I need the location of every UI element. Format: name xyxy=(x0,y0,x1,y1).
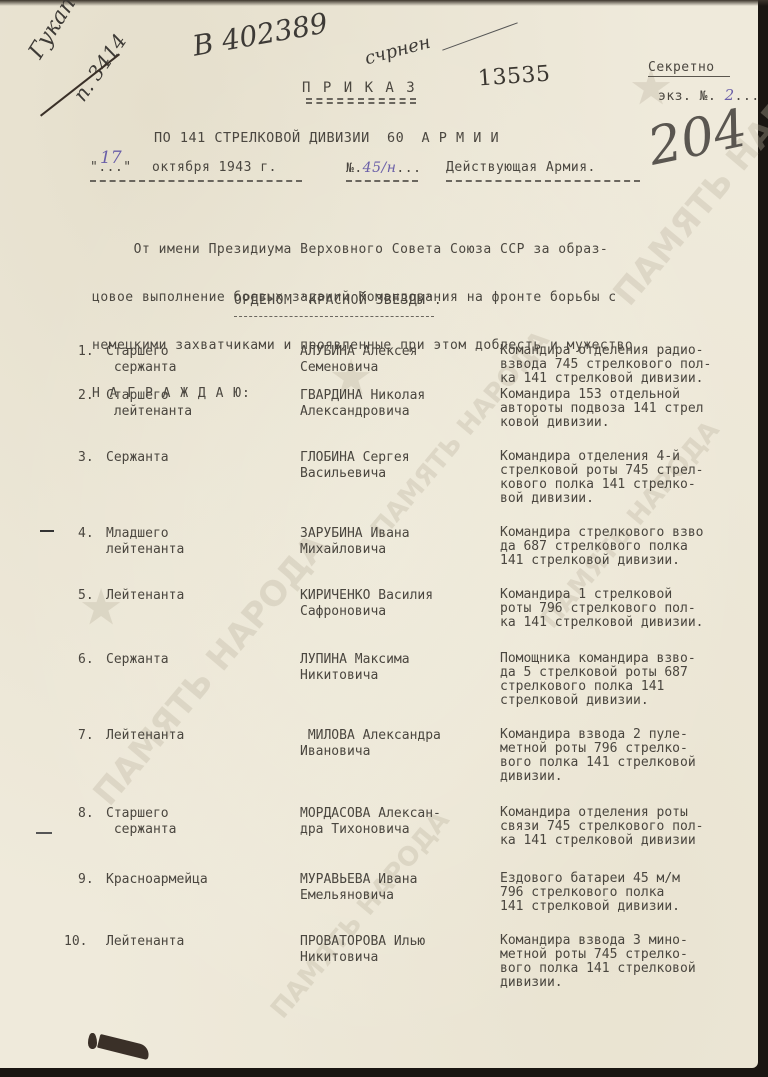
margin-mark xyxy=(40,530,54,532)
recipient-name: ГЛОБИНА Сергея Васильевича xyxy=(300,450,410,482)
signature: счрнен xyxy=(362,32,432,70)
recipient-rank: Сержанта xyxy=(106,450,169,466)
strike-line xyxy=(40,53,120,116)
classification-label: Секретно xyxy=(648,60,715,75)
recipient-rank: Старшего сержанта xyxy=(106,344,176,376)
location: Действующая Армия. xyxy=(446,160,596,175)
recipient-name: ГВАРДИНА Николая Александровича xyxy=(300,388,425,420)
recipient-name: МОРДАСОВА Алексан- дра Тихоновича xyxy=(300,806,441,838)
handwritten-note: Гукап xyxy=(24,0,81,63)
date-quotes: "..." xyxy=(90,160,132,175)
stamp-number: 13535 xyxy=(477,62,551,92)
number-suffix: ... xyxy=(396,161,421,176)
recipient-rank: Старшего сержанта xyxy=(106,806,176,838)
number-prefix: №. xyxy=(346,161,363,176)
recipient-position: Командира отделения 4-й стрелковой роты … xyxy=(500,450,768,506)
copy-suffix: ... xyxy=(735,89,760,104)
recipient-number: 2. xyxy=(78,388,94,403)
recipient-position: Командира 1 стрелковой роты 796 стрелков… xyxy=(500,588,768,630)
recipient-rank: Младшего лейтенанта xyxy=(106,526,184,558)
recipient-number: 3. xyxy=(78,450,94,465)
recipient-row: 6. Сержанта ЛУПИНА Максима Никитовича По… xyxy=(78,652,768,732)
classification-underline xyxy=(648,76,730,77)
recipient-rank: Лейтенанта xyxy=(106,588,184,604)
recipient-number: 4. xyxy=(78,526,94,541)
copy-label: экз. №. 2... xyxy=(658,86,760,104)
recipient-rank: Лейтенанта xyxy=(106,728,184,744)
recipient-row: 3. Сержанта ГЛОБИНА Сергея Васильевича К… xyxy=(78,450,768,530)
award-title: ОРДЕНОМ "КРАСНОЙ ЗВЕЗДЫ". xyxy=(234,293,442,308)
recipient-rank: Красноармейца xyxy=(106,872,208,888)
recipient-position: Командира взвода 2 пуле- метной роты 796… xyxy=(500,728,768,784)
recipient-name: ПРОВАТОРОВА Илью Никитовича xyxy=(300,934,425,966)
number-underline xyxy=(346,180,418,182)
title-underline xyxy=(306,98,416,104)
signature-tail xyxy=(442,22,518,50)
recipient-number: 5. xyxy=(78,588,94,603)
recipient-row: 10. Лейтенанта ПРОВАТОРОВА Илью Никитови… xyxy=(64,934,754,1014)
recipient-number: 9. xyxy=(78,872,94,887)
archive-number: В 402389 xyxy=(190,6,330,62)
copy-label-text: экз. №. xyxy=(658,89,725,104)
order-number-label: №.45/н... xyxy=(346,160,421,176)
document-page: ★ ПАМЯТЬ НАРОДА ★ ПАМЯТЬ НАРОДА ★ ПАМЯТЬ… xyxy=(0,0,758,1068)
margin-mark xyxy=(36,832,52,834)
recipient-number: 8. xyxy=(78,806,94,821)
preamble-line: От имени Президиума Верховного Совета Со… xyxy=(92,242,633,258)
ink-blot xyxy=(97,1034,151,1060)
recipient-number: 7. xyxy=(78,728,94,743)
sheet-number: 204 xyxy=(643,98,753,177)
recipient-rank: Лейтенанта xyxy=(106,934,184,950)
unit-line: ПО 141 СТРЕЛКОВОЙ ДИВИЗИИ 60 А Р М И И xyxy=(154,130,499,146)
recipient-name: ЛУПИНА Максима Никитовича xyxy=(300,652,410,684)
recipient-rank: Старшего лейтенанта xyxy=(106,388,192,420)
location-underline xyxy=(446,180,640,182)
recipient-row: 7. Лейтенанта МИЛОВА Александра Иванович… xyxy=(78,728,768,808)
recipient-position: Ездового батареи 45 м/м 796 стрелкового … xyxy=(500,872,768,914)
document-title: П Р И К А З xyxy=(302,80,417,96)
ink-blot xyxy=(88,1033,97,1049)
recipient-position: Помощника командира взво- да 5 стрелково… xyxy=(500,652,768,708)
recipient-number: 10. xyxy=(64,934,87,949)
date-underline xyxy=(90,180,302,182)
recipient-position: Командира 153 отдельной автороты подвоза… xyxy=(500,388,768,430)
recipient-name: КИРИЧЕНКО Василия Сафроновича xyxy=(300,588,433,620)
recipient-name: ЗАРУБИНА Ивана Михайловича xyxy=(300,526,410,558)
copy-number: 2 xyxy=(725,86,735,104)
recipient-rank: Сержанта xyxy=(106,652,169,668)
recipient-position: Командира отделения радио- взвода 745 ст… xyxy=(500,344,768,386)
recipient-number: 1. xyxy=(78,344,94,359)
star-icon: ★ xyxy=(630,40,672,122)
date-text: октября 1943 г. xyxy=(152,160,277,175)
recipient-number: 6. xyxy=(78,652,94,667)
recipient-position: Командира взвода 3 мино- метной роты 745… xyxy=(500,934,768,990)
order-number: 45/н xyxy=(363,160,397,176)
award-underline xyxy=(234,316,434,317)
recipient-position: Командира стрелкового взво да 687 стрелк… xyxy=(500,526,768,568)
recipient-name: МУРАВЬЕВА Ивана Емельяновича xyxy=(300,872,417,904)
scan-edge-shadow xyxy=(0,0,768,6)
recipient-position: Командира отделения роты связи 745 стрел… xyxy=(500,806,768,848)
recipient-name: АЛУБИНА Алексея Семеновича xyxy=(300,344,417,376)
recipient-name: МИЛОВА Александра Ивановича xyxy=(300,728,441,760)
